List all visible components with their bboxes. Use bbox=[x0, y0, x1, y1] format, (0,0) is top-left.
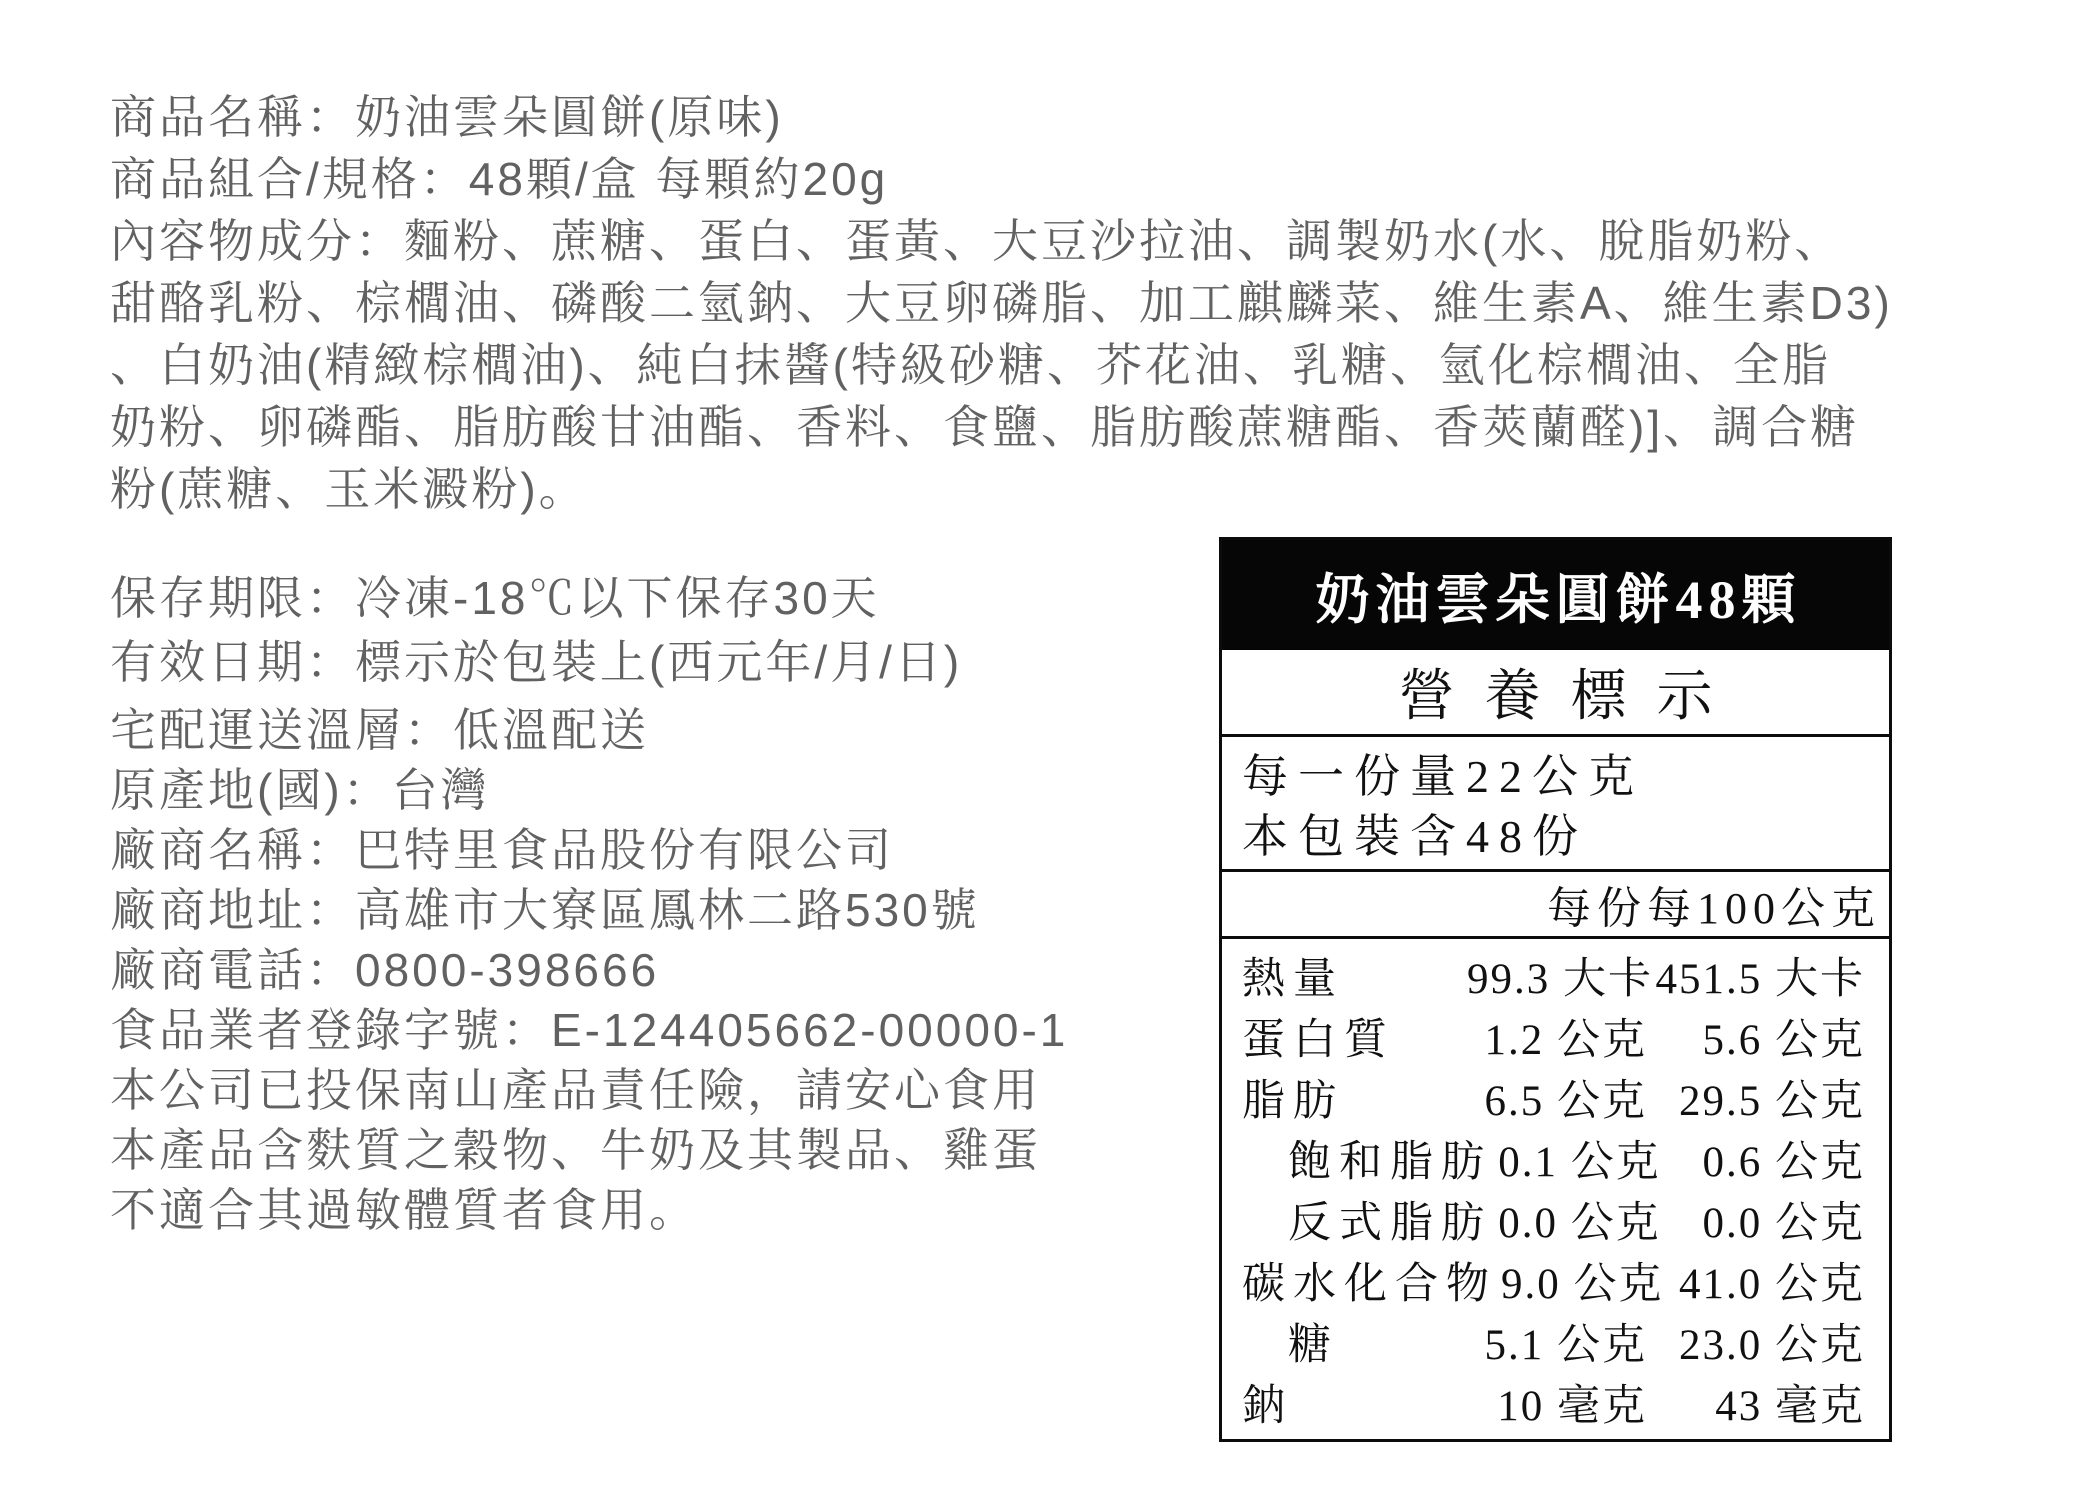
nutrient-row-fat: 脂肪 6.5 公克 29.5 公克 bbox=[1242, 1067, 1865, 1128]
nutrient-rows: 熱量 99.3 大卡 451.5 大卡 蛋白質 1.2 公克 5.6 公克 脂肪… bbox=[1222, 939, 1889, 1439]
product-spec-line: 商品組合/規格：48顆/盒 每顆約20g bbox=[110, 148, 1893, 210]
nutrient-per-serving: 1.2 公克 bbox=[1467, 1006, 1647, 1067]
nutrient-per-serving: 0.1 公克 bbox=[1492, 1128, 1661, 1189]
nutrient-row-saturated-fat: 飽和脂肪 0.1 公克 0.6 公克 bbox=[1242, 1128, 1865, 1189]
nutrient-per-serving: 99.3 大卡 bbox=[1467, 945, 1647, 1006]
nutrient-label: 反式脂肪 bbox=[1242, 1189, 1492, 1250]
allergen-note-line-1: 本產品含麩質之穀物、牛奶及其製品、雞蛋 bbox=[110, 1120, 1068, 1180]
nutrition-label-heading: 營養標示 bbox=[1222, 650, 1889, 737]
nutrient-row-sugar: 糖 5.1 公克 23.0 公克 bbox=[1242, 1311, 1865, 1372]
product-name-line: 商品名稱：奶油雲朵圓餅(原味) bbox=[110, 86, 1893, 148]
nutrient-per-100g: 0.0 公克 bbox=[1661, 1189, 1865, 1250]
nutrient-per-100g: 0.6 公克 bbox=[1661, 1128, 1865, 1189]
manufacturer-name-line: 廠商名稱：巴特里食品股份有限公司 bbox=[110, 820, 1068, 880]
nutrient-per-serving: 5.1 公克 bbox=[1467, 1311, 1647, 1372]
nutrient-per-100g: 23.0 公克 bbox=[1647, 1311, 1865, 1372]
nutrient-per-serving: 0.0 公克 bbox=[1492, 1189, 1661, 1250]
nutrient-row-protein: 蛋白質 1.2 公克 5.6 公克 bbox=[1242, 1006, 1865, 1067]
delivery-temp-line: 宅配運送溫層：低溫配送 bbox=[110, 700, 1068, 760]
nutrition-label-product-title: 奶油雲朵圓餅48顆 bbox=[1222, 540, 1889, 650]
nutrient-per-serving: 6.5 公克 bbox=[1467, 1067, 1647, 1128]
nutrition-label: 奶油雲朵圓餅48顆 營養標示 每一份量22公克 本包裝含48份 每份 每100公… bbox=[1219, 537, 1892, 1442]
nutrient-per-100g: 5.6 公克 bbox=[1647, 1006, 1865, 1067]
nutrient-per-100g: 451.5 大卡 bbox=[1647, 945, 1865, 1006]
nutrient-row-trans-fat: 反式脂肪 0.0 公克 0.0 公克 bbox=[1242, 1189, 1865, 1250]
ingredients-line-5: 粉(蔗糖、玉米澱粉)。 bbox=[110, 458, 1893, 520]
nutrient-label: 熱量 bbox=[1242, 945, 1467, 1006]
servings-per-pack-line: 本包裝含48份 bbox=[1242, 807, 1889, 867]
nutrient-per-serving: 9.0 公克 bbox=[1497, 1250, 1663, 1311]
manufacturer-phone-line: 廠商電話：0800-398666 bbox=[110, 940, 1068, 1000]
vendor-info-block: 宅配運送溫層：低溫配送 原產地(國)：台灣 廠商名稱：巴特里食品股份有限公司 廠… bbox=[110, 700, 1068, 1240]
registration-number-line: 食品業者登錄字號：E-124405662-00000-1 bbox=[110, 1000, 1068, 1060]
column-header-per-100g: 每100公克 bbox=[1647, 872, 1865, 936]
nutrient-label: 鈉 bbox=[1242, 1372, 1467, 1433]
expiry-date-line: 有效日期：標示於包裝上(西元年/月/日) bbox=[110, 630, 962, 694]
manufacturer-address-line: 廠商地址：高雄市大寮區鳳林二路530號 bbox=[110, 880, 1068, 940]
product-info-block: 商品名稱：奶油雲朵圓餅(原味) 商品組合/規格：48顆/盒 每顆約20g 內容物… bbox=[110, 86, 1893, 520]
nutrient-per-100g: 41.0 公克 bbox=[1663, 1250, 1865, 1311]
nutrient-per-100g: 29.5 公克 bbox=[1647, 1067, 1865, 1128]
nutrient-label: 飽和脂肪 bbox=[1242, 1128, 1492, 1189]
nutrient-per-serving: 10 毫克 bbox=[1467, 1372, 1647, 1433]
ingredients-line-3: 、白奶油(精緻棕櫚油)、純白抹醬(特級砂糖、芥花油、乳糖、氫化棕櫚油、全脂 bbox=[110, 334, 1893, 396]
nutrient-row-calories: 熱量 99.3 大卡 451.5 大卡 bbox=[1242, 945, 1865, 1006]
insurance-note-line: 本公司已投保南山產品責任險，請安心食用 bbox=[110, 1060, 1068, 1120]
nutrient-row-carbohydrate: 碳水化合物 9.0 公克 41.0 公克 bbox=[1242, 1250, 1865, 1311]
ingredients-line-1: 內容物成分：麵粉、蔗糖、蛋白、蛋黃、大豆沙拉油、調製奶水(水、脫脂奶粉、 bbox=[110, 210, 1893, 272]
column-header-per-serving: 每份 bbox=[1467, 872, 1647, 936]
nutrient-label: 糖 bbox=[1242, 1311, 1467, 1372]
ingredients-line-4: 奶粉、卵磷酯、脂肪酸甘油酯、香料、食鹽、脂肪酸蔗糖酯、香莢蘭醛)]、調合糖 bbox=[110, 396, 1893, 458]
shelf-life-line: 保存期限：冷凍-18℃以下保存30天 bbox=[110, 566, 962, 630]
nutrient-per-100g: 43 毫克 bbox=[1647, 1372, 1865, 1433]
origin-country-line: 原產地(國)：台灣 bbox=[110, 760, 1068, 820]
ingredients-line-2: 甜酪乳粉、棕櫚油、磷酸二氫鈉、大豆卵磷脂、加工麒麟菜、維生素A、維生素D3) bbox=[110, 272, 1893, 334]
allergen-note-line-2: 不適合其過敏體質者食用。 bbox=[110, 1180, 1068, 1240]
storage-info-block: 保存期限：冷凍-18℃以下保存30天 有效日期：標示於包裝上(西元年/月/日) bbox=[110, 566, 962, 694]
serving-info-section: 每一份量22公克 本包裝含48份 bbox=[1222, 737, 1889, 872]
nutrient-row-sodium: 鈉 10 毫克 43 毫克 bbox=[1242, 1372, 1865, 1433]
nutrient-label: 蛋白質 bbox=[1242, 1006, 1467, 1067]
serving-size-line: 每一份量22公克 bbox=[1242, 747, 1889, 807]
column-header-row: 每份 每100公克 bbox=[1222, 872, 1889, 939]
nutrient-label: 脂肪 bbox=[1242, 1067, 1467, 1128]
nutrient-label: 碳水化合物 bbox=[1242, 1250, 1497, 1311]
